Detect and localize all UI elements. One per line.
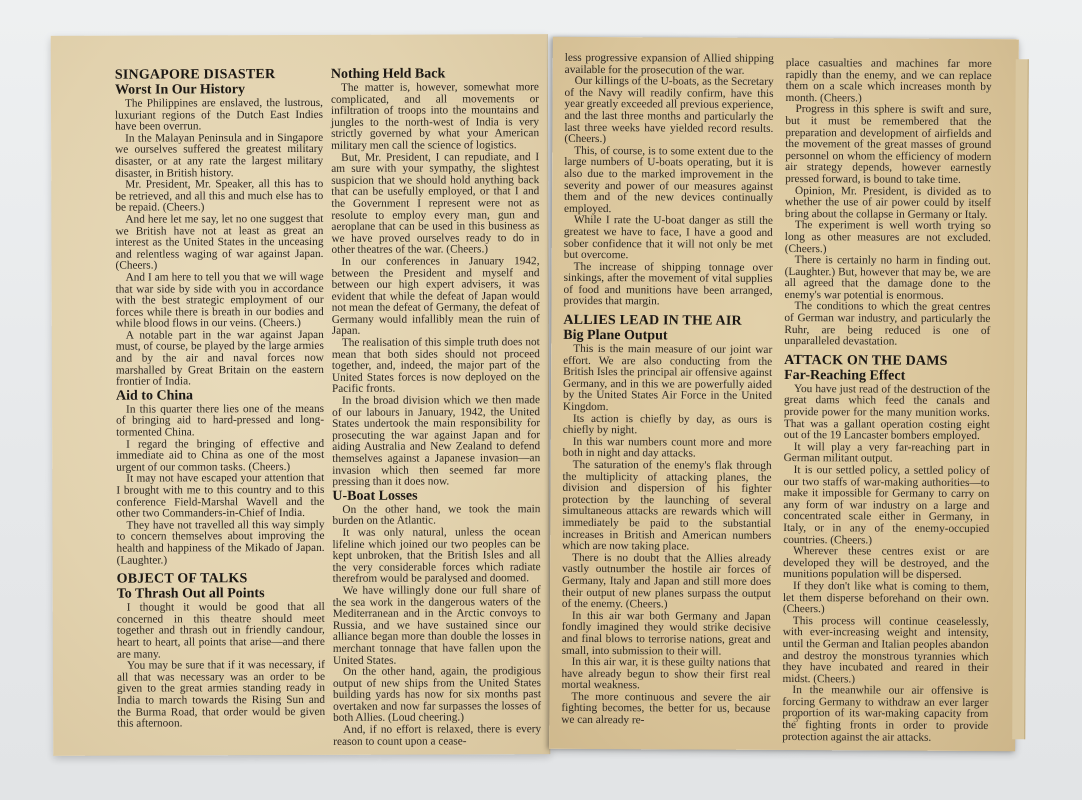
- paragraph: And I am here to tell you that we will w…: [116, 272, 324, 331]
- continued-paragraph: place casualties and machines far more r…: [786, 58, 992, 105]
- paragraph: This is the main measure of our joint wa…: [563, 344, 772, 415]
- paragraph: It may not have escaped your attention t…: [116, 473, 324, 520]
- paragraph: The matter is, however, somewhat more co…: [331, 82, 539, 152]
- section-subheading: Worst In Our History: [115, 82, 323, 98]
- section-subheading: Far-Reaching Effect: [784, 368, 990, 384]
- paragraph: I thought it would be good that all conc…: [117, 602, 325, 661]
- page-number: 3: [793, 714, 798, 725]
- paragraph: While I rate the U-boat danger as still …: [564, 215, 773, 262]
- paragraph: The increase of shipping tonnage over si…: [563, 262, 772, 309]
- paragraph: In this quarter there lies one of the me…: [116, 404, 324, 440]
- paragraph: And, if no effort is relaxed, there is e…: [333, 724, 541, 748]
- section-heading: OBJECT OF TALKS: [117, 571, 325, 587]
- paragraph: If they don't like what is coming to the…: [783, 581, 989, 617]
- paragraph: Its action is chiefly by day, as ours is…: [563, 413, 772, 437]
- section-subheading: Nothing Held Back: [331, 66, 539, 82]
- paragraph: The more continuous and severe the air f…: [561, 692, 770, 728]
- paragraph: I regard the bringing of effective and i…: [116, 439, 324, 475]
- paragraph: In this air war both Germany and Japan f…: [562, 611, 771, 658]
- paragraph: The conditions to which the great centre…: [784, 301, 990, 348]
- paragraph: The Philippines are enslaved, the lustro…: [115, 98, 323, 134]
- paragraph: This process will continue ceaselessly, …: [782, 616, 988, 687]
- paragraph: In the Malayan Peninsula and in Singapor…: [115, 133, 323, 180]
- paragraph: Our killings of the U-boats, as the Secr…: [564, 76, 773, 147]
- paragraph: It will play a very far-reaching part in…: [784, 442, 990, 466]
- paragraph: The saturation of the enemy's flak throu…: [562, 460, 771, 554]
- paragraph: Progress in this sphere is swift and sur…: [785, 104, 991, 186]
- paragraph: And here let me say, let no one suggest …: [115, 214, 323, 273]
- paragraph: It was only natural, unless the ocean li…: [332, 527, 540, 586]
- paragraph: The realisation of this simple truth doe…: [332, 337, 540, 396]
- column-1: SINGAPORE DISASTERWorst In Our HistoryTh…: [115, 67, 325, 730]
- continued-paragraph: less progressive expansion of Allied shi…: [565, 53, 774, 77]
- section-heading: SINGAPORE DISASTER: [115, 67, 323, 83]
- paragraph: In the broad division which we then made…: [332, 395, 540, 488]
- paragraph: Opinion, Mr. President, is divided as to…: [785, 186, 991, 222]
- section-subheading: To Thrash Out all Points: [117, 586, 325, 602]
- column-2: Nothing Held BackThe matter is, however,…: [331, 66, 541, 748]
- paragraph: You have just read of the destruction of…: [784, 384, 990, 443]
- paragraph: In the meanwhile our air offensive is fo…: [782, 685, 988, 744]
- paragraph: The experiment is well worth trying so l…: [785, 220, 991, 256]
- paragraph: In our conferences in January 1942, betw…: [332, 256, 540, 338]
- section-subheading: Big Plane Output: [563, 328, 772, 344]
- paragraph: It is our settled policy, a settled poli…: [783, 465, 989, 547]
- paragraph: On the other hand, we took the main burd…: [332, 504, 540, 528]
- paragraph: On the other hand, again, the prodigious…: [333, 666, 541, 725]
- paragraph: We have willingly done our full share of…: [333, 585, 541, 667]
- left-page: SINGAPORE DISASTERWorst In Our HistoryTh…: [51, 34, 551, 756]
- right-page: less progressive expansion of Allied shi…: [549, 37, 1019, 751]
- paragraph: In this air war, it is these guilty nati…: [561, 657, 770, 693]
- paragraph: In this war numbers count more and more …: [563, 437, 772, 461]
- section-heading: ATTACK ON THE DAMS: [784, 353, 990, 369]
- paragraph: Wherever these centres exist or are deve…: [783, 546, 989, 582]
- paragraph: But, Mr. President, I can repudiate, and…: [331, 152, 539, 257]
- paragraph: You may be sure that if it was necessary…: [117, 660, 325, 730]
- section-heading: ALLIES LEAD IN THE AIR: [563, 313, 772, 329]
- paragraph: Mr. President, Mr. Speaker, all this has…: [115, 179, 323, 215]
- paragraph: There is no doubt that the Allies alread…: [562, 553, 771, 612]
- section-subheading: U-Boat Losses: [332, 488, 540, 504]
- column-4: place casualties and machines far more r…: [782, 58, 992, 744]
- column-3: less progressive expansion of Allied shi…: [561, 53, 774, 728]
- paragraph: They have not travelled all this way sim…: [116, 520, 324, 567]
- paragraph: This, of course, is to some extent due t…: [564, 146, 773, 217]
- paragraph: A notable part in the war against Japan …: [116, 330, 324, 389]
- paragraph: There is certainly no harm in finding ou…: [784, 255, 990, 302]
- section-subheading: Aid to China: [116, 388, 324, 404]
